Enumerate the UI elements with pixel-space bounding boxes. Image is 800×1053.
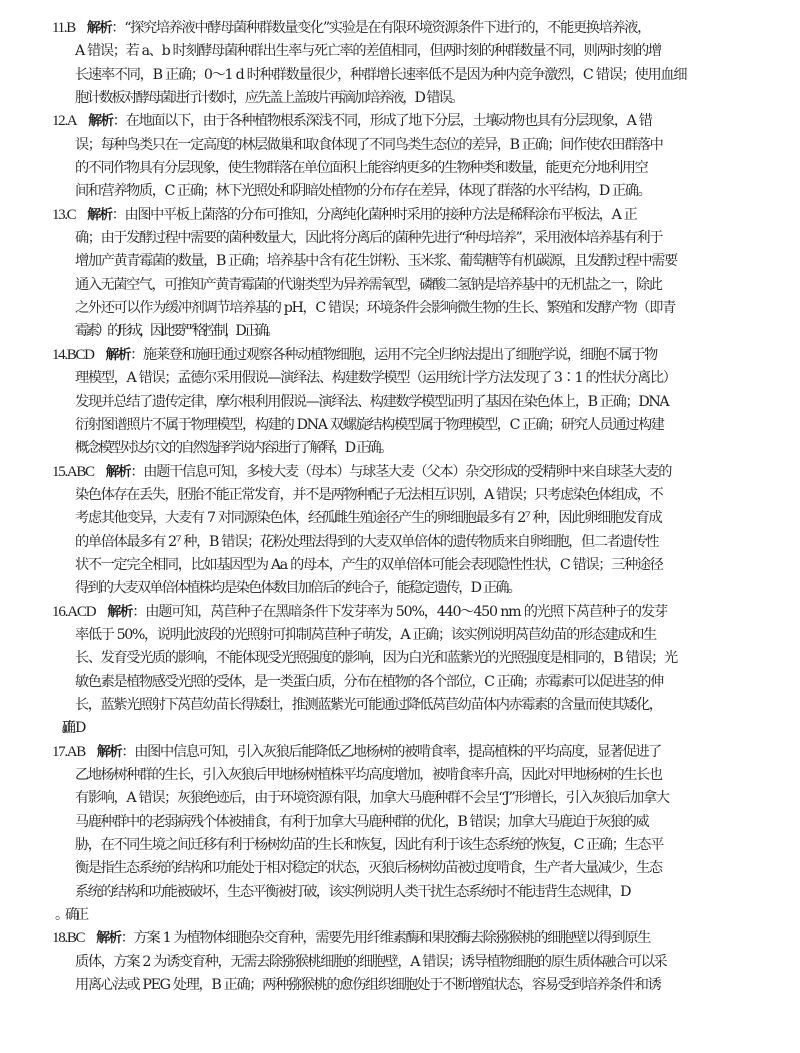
explanation-text: 状不一定完全相同，比如基因型为 Aa 的母本，产生的双单倍体可能会表现隐性性状，…	[75, 557, 663, 573]
explanation-text: 霉素）的形成，因此要严格控制，D 正确。	[75, 323, 276, 339]
explanation-item: 11.B解析：“探究培养液中酵母菌种群数量变化”实验是在有限环境资源条件下进行的…	[0, 17, 800, 110]
explanation-text: 长速率不同，B 正确；0～1 d 时种群数量很少，种群增长速率低不是因为种内竞争…	[75, 67, 686, 83]
explanation-text: 长、发育受光质的影响，不能体现受光照强度的影响，因为白光和蓝紫光的光照强度是相同…	[75, 650, 677, 666]
explanation-label: 解析	[106, 464, 131, 480]
explanation-line: 衍射图谱照片不属于物理模型，构建的 DNA 双螺旋结构模型属于物理模型，C 正确…	[0, 414, 800, 437]
explanation-text: 胁，在不同生境之间迁移有利于杨树幼苗的生长和恢复，因此有利于该生态系统的恢复，C…	[75, 837, 663, 853]
explanation-line: 有影响，A 错误；灰狼绝迹后，由于环境资源有限，加拿大马鹿种群不会呈“J”形增长…	[0, 787, 800, 810]
explanation-line: 正确。	[0, 904, 800, 927]
explanation-line: 染色体存在丢失，胚胎不能正常发育，并不是两物种配子无法相互识别，A 错误；只考虑…	[0, 484, 800, 507]
question-number: 13.	[52, 204, 67, 227]
explanation-label: 解析	[97, 744, 122, 760]
explanation-first-line: 14.BCD解析：施莱登和施旺通过观察各种动植物细胞，运用不完全归纳法提出了细胞…	[0, 344, 800, 367]
explanation-first-line: 18.BC解析：方案 1 为植物体细胞杂交育种，需要先用纤维素酶和果胶酶去除猕猴…	[0, 927, 800, 950]
explanation-text: 之外还可以作为缓冲剂调节培养基的 pH，C 错误；环境条件会影响微生物的生长、繁…	[75, 300, 675, 316]
explanation-line: 胞计数板对酵母菌进行计数时，应先盖上盖玻片再滴加培养液，D 错误。	[0, 87, 800, 110]
explanation-item: 12.A解析：在地面以下，由于各种植物根系深浅不同，形成了地下分层，土壤动物也具…	[0, 110, 800, 203]
explanation-text: 长，蓝紫光照射下莴苣幼苗长得矮壮，推测蓝紫光可能通过降低莴苣幼苗体内赤霉素的含量…	[75, 697, 662, 713]
explanation-label: 解析	[87, 20, 112, 36]
explanation-line: 长速率不同，B 正确；0～1 d 时种群数量很少，种群增长速率低不是因为种内竞争…	[0, 64, 800, 87]
explanation-label: 解析	[96, 930, 121, 946]
explanation-line: 通入无菌空气，可推知产黄青霉菌的代谢类型为异养需氧型，磷酸二氢钠是培养基中的无机…	[0, 274, 800, 297]
explanation-line: 乙地杨树种群的生长，引入灰狼后甲地杨树植株平均高度增加，被啃食率升高，因此对甲地…	[0, 764, 800, 787]
explanation-line: 概念模型对达尔文的自然选择学说内容进行了解释，D 正确。	[0, 437, 800, 460]
question-number: 12.	[52, 110, 67, 133]
explanation-text: 理模型，A 错误；孟德尔采用假说—演绎法、构建数学模型（运用统计学方法发现了 3…	[75, 370, 676, 386]
explanation-item: 15.ABC解析：由题干信息可知，多棱大麦（母本）与球茎大麦（父本）杂交形成的受…	[0, 461, 800, 601]
explanation-text: 衍射图谱照片不属于物理模型，构建的 DNA 双螺旋结构模型属于物理模型，C 正确…	[75, 417, 664, 433]
explanation-label: 解析	[106, 347, 131, 363]
explanation-line: 胁，在不同生境之间迁移有利于杨树幼苗的生长和恢复，因此有利于该生态系统的恢复，C…	[0, 834, 800, 857]
explanation-text: 系统的结构和功能被破坏，生态平衡被打破，该实例说明人类干扰生态系统时不能违背生态…	[75, 884, 630, 900]
explanation-label: 解析	[107, 604, 132, 620]
answer-key: BCD	[67, 344, 94, 367]
explanation-text: ：“探究培养液中酵母菌种群数量变化”实验是在有限环境资源条件下进行的，不能更换培…	[111, 20, 650, 36]
explanation-line: 率低于 50%，说明此波段的光照射可抑制莴苣种子萌发，A 正确；该实例说明莴苣幼…	[0, 624, 800, 647]
explanation-label: 解析	[87, 207, 111, 223]
explanation-line: 霉素）的形成，因此要严格控制，D 正确。	[0, 320, 800, 343]
answer-explanations-page: 11.B解析：“探究培养液中酵母菌种群数量变化”实验是在有限环境资源条件下进行的…	[0, 17, 800, 997]
explanation-text: 考虑其他变异，大麦有 7 对同源染色体，经孤雌生殖途径产生的卵细胞最多有 2⁷ …	[75, 510, 661, 526]
explanation-text: 马鹿种群中的老弱病残个体被捕食，有利于加拿大马鹿种群的优化，B 错误；加拿大马鹿…	[75, 814, 648, 830]
question-number: 11.	[52, 17, 66, 40]
explanation-line: 长，蓝紫光照射下莴苣幼苗长得矮壮，推测蓝紫光可能通过降低莴苣幼苗体内赤霉素的含量…	[0, 694, 800, 717]
explanation-first-line: 15.ABC解析：由题干信息可知，多棱大麦（母本）与球茎大麦（父本）杂交形成的受…	[0, 461, 800, 484]
explanation-text: ：由题干信息可知，多棱大麦（母本）与球茎大麦（父本）杂交形成的受精卵中来自球茎大…	[130, 464, 671, 480]
explanation-line: 的不同作物具有分层现象，使生物群落在单位面积上能容纳更多的生物种类和数量，能更充…	[0, 157, 800, 180]
question-number: 15.	[52, 461, 67, 484]
explanation-first-line: 11.B解析：“探究培养液中酵母菌种群数量变化”实验是在有限环境资源条件下进行的…	[0, 17, 800, 40]
explanation-text: 衡是指生态系统的结构和功能处于相对稳定的状态，灭狼后杨树幼苗被过度啃食，生产者大…	[75, 860, 662, 876]
explanation-text: 误；每种鸟类只在一定高度的林层做巢和取食体现了不同鸟类生态位的差异，B 正确；间…	[75, 137, 662, 153]
explanation-text: 增加产黄青霉菌的数量，B 正确；培养基中含有花生饼粉、玉米浆、葡萄糖等有机碳源，…	[75, 253, 677, 269]
explanation-text: ：由图中平板上菌落的分布可推知，分离纯化菌种时采用的接种方法是稀释涂布平板法，A…	[112, 207, 637, 223]
explanation-first-line: 13.C解析：由图中平板上菌落的分布可推知，分离纯化菌种时采用的接种方法是稀释涂…	[0, 204, 800, 227]
explanation-text: ：施莱登和施旺通过观察各种动植物细胞，运用不完全归纳法提出了细胞学说，细胞不属于…	[130, 347, 657, 363]
question-number: 14.	[52, 344, 67, 367]
explanation-text: 用离心法或 PEG 处理，B 正确；两种猕猴桃的愈伤组织细胞处于不断增殖状态，容…	[75, 977, 660, 993]
explanation-item: 16.ACD解析：由题可知，莴苣种子在黑暗条件下发芽率为 50%，440～450…	[0, 601, 800, 741]
explanation-line: 确；由于发酵过程中需要的菌种数量大，因此将分离后的菌种先进行“种母培养”，采用液…	[0, 227, 800, 250]
explanation-line: 得到的大麦双单倍体植株均是染色体数目加倍后的纯合子，能稳定遗传，D 正确。	[0, 577, 800, 600]
explanation-first-line: 12.A解析：在地面以下，由于各种植物根系深浅不同，形成了地下分层，土壤动物也具…	[0, 110, 800, 133]
explanation-text: 染色体存在丢失，胚胎不能正常发育，并不是两物种配子无法相互识别，A 错误；只考虑…	[75, 487, 662, 503]
question-number: 18.	[52, 927, 67, 950]
explanation-line: 的单倍体最多有 2⁷ 种，B 错误；花粉处理法得到的大麦双单倍体的遗传物质来自卵…	[0, 531, 800, 554]
explanation-line: 衡是指生态系统的结构和功能处于相对稳定的状态，灭狼后杨树幼苗被过度啃食，生产者大…	[0, 857, 800, 880]
explanation-line: A 错误；若 a、b 时刻酵母菌种群出生率与死亡率的差值相同，但两时刻的种群数量…	[0, 40, 800, 63]
explanation-line: 马鹿种群中的老弱病残个体被捕食，有利于加拿大马鹿种群的优化，B 错误；加拿大马鹿…	[0, 811, 800, 834]
explanation-item: 14.BCD解析：施莱登和施旺通过观察各种动植物细胞，运用不完全归纳法提出了细胞…	[0, 344, 800, 461]
explanation-text: ：方案 1 为植物体细胞杂交育种，需要先用纤维素酶和果胶酶去除猕猴桃的细胞壁以得…	[121, 930, 650, 946]
answer-key: ACD	[67, 601, 95, 624]
explanation-text: 率低于 50%，说明此波段的光照射可抑制莴苣种子萌发，A 正确；该实例说明莴苣幼…	[75, 627, 656, 643]
explanation-text: 确；由于发酵过程中需要的菌种数量大，因此将分离后的菌种先进行“种母培养”，采用液…	[75, 230, 662, 246]
explanation-line: D 正确。	[0, 717, 800, 740]
explanation-item: 17.AB解析：由图中信息可知，引入灰狼后能降低乙地杨树的被啃食率，提高植株的平…	[0, 741, 800, 928]
explanation-text: 得到的大麦双单倍体植株均是染色体数目加倍后的纯合子，能稳定遗传，D 正确。	[75, 580, 520, 596]
explanation-text: 概念模型对达尔文的自然选择学说内容进行了解释，D 正确。	[75, 440, 391, 456]
explanation-line: 理模型，A 错误；孟德尔采用假说—演绎法、构建数学模型（运用统计学方法发现了 3…	[0, 367, 800, 390]
answer-key: AB	[67, 741, 85, 764]
answer-key: B	[66, 17, 75, 40]
explanation-line: 间和营养物质，C 正确；林下光照处和阴暗处植物的分布存在差异，体现了群落的水平结…	[0, 180, 800, 203]
explanation-text: 的不同作物具有分层现象，使生物群落在单位面积上能容纳更多的生物种类和数量，能更充…	[75, 160, 647, 176]
explanation-line: 之外还可以作为缓冲剂调节培养基的 pH，C 错误；环境条件会影响微生物的生长、繁…	[0, 297, 800, 320]
explanation-text: 敏色素是植物感受光照的受体，是一类蛋白质，分布在植物的各个部位，C 正确；赤霉素…	[75, 674, 663, 690]
explanation-text: 有影响，A 错误；灰狼绝迹后，由于环境资源有限，加拿大马鹿种群不会呈“J”形增长…	[75, 790, 669, 806]
explanation-text: ：由图中信息可知，引入灰狼后能降低乙地杨树的被啃食率，提高植株的平均高度，显著促…	[121, 744, 661, 760]
explanation-text: 乙地杨树种群的生长，引入灰狼后甲地杨树植株平均高度增加，被啃食率升高，因此对甲地…	[75, 767, 662, 783]
explanation-text: 间和营养物质，C 正确；林下光照处和阴暗处植物的分布存在差异，体现了群落的水平结…	[75, 183, 650, 199]
explanation-first-line: 16.ACD解析：由题可知，莴苣种子在黑暗条件下发芽率为 50%，440～450…	[0, 601, 800, 624]
explanation-first-line: 17.AB解析：由图中信息可知，引入灰狼后能降低乙地杨树的被啃食率，提高植株的平…	[0, 741, 800, 764]
answer-key: BC	[67, 927, 84, 950]
explanation-text: 的单倍体最多有 2⁷ 种，B 错误；花粉处理法得到的大麦双单倍体的遗传物质来自卵…	[75, 534, 658, 550]
explanation-text: ：在地面以下，由于各种植物根系深浅不同，形成了地下分层，土壤动物也具有分层现象，…	[113, 113, 652, 129]
explanation-item: 13.C解析：由图中平板上菌落的分布可推知，分离纯化菌种时采用的接种方法是稀释涂…	[0, 204, 800, 344]
explanation-line: 考虑其他变异，大麦有 7 对同源染色体，经孤雌生殖途径产生的卵细胞最多有 2⁷ …	[0, 507, 800, 530]
explanation-text: 通入无菌空气，可推知产黄青霉菌的代谢类型为异养需氧型，磷酸二氢钠是培养基中的无机…	[75, 277, 662, 293]
answer-key: ABC	[67, 461, 94, 484]
explanation-line: 发现并总结了遗传定律，摩尔根利用假说—演绎法、构建数学模型证明了基因在染色体上，…	[0, 391, 800, 414]
explanation-line: 用离心法或 PEG 处理，B 正确；两种猕猴桃的愈伤组织细胞处于不断增殖状态，容…	[0, 974, 800, 997]
explanation-text: A 错误；若 a、b 时刻酵母菌种群出生率与死亡率的差值相同，但两时刻的种群数量…	[75, 43, 661, 59]
explanation-text: 发现并总结了遗传定律，摩尔根利用假说—演绎法、构建数学模型证明了基因在染色体上，…	[75, 394, 668, 410]
answer-key: C	[67, 204, 76, 227]
answer-key: A	[67, 110, 77, 133]
explanation-label: 解析	[88, 113, 113, 129]
question-number: 16.	[52, 601, 67, 624]
explanation-line: 质体，方案 2 为诱变育种，无需去除猕猴桃细胞的细胞壁，A 错误；诱导植物细胞的…	[0, 951, 800, 974]
explanation-line: 状不一定完全相同，比如基因型为 Aa 的母本，产生的双单倍体可能会表现隐性性状，…	[0, 554, 800, 577]
explanation-item: 18.BC解析：方案 1 为植物体细胞杂交育种，需要先用纤维素酶和果胶酶去除猕猴…	[0, 927, 800, 997]
explanation-text: ：由题可知，莴苣种子在黑暗条件下发芽率为 50%，440～450 nm 的光照下…	[132, 604, 667, 620]
explanation-line: 误；每种鸟类只在一定高度的林层做巢和取食体现了不同鸟类生态位的差异，B 正确；间…	[0, 134, 800, 157]
explanation-line: 长、发育受光质的影响，不能体现受光照强度的影响，因为白光和蓝紫光的光照强度是相同…	[0, 647, 800, 670]
explanation-line: 增加产黄青霉菌的数量，B 正确；培养基中含有花生饼粉、玉米浆、葡萄糖等有机碳源，…	[0, 250, 800, 273]
explanation-line: 敏色素是植物感受光照的受体，是一类蛋白质，分布在植物的各个部位，C 正确；赤霉素…	[0, 671, 800, 694]
explanation-text: 质体，方案 2 为诱变育种，无需去除猕猴桃细胞的细胞壁，A 错误；诱导植物细胞的…	[75, 954, 666, 970]
explanation-text: 胞计数板对酵母菌进行计数时，应先盖上盖玻片再滴加培养液，D 错误。	[75, 90, 463, 106]
explanation-line: 系统的结构和功能被破坏，生态平衡被打破，该实例说明人类干扰生态系统时不能违背生态…	[0, 881, 800, 904]
question-number: 17.	[52, 741, 67, 764]
